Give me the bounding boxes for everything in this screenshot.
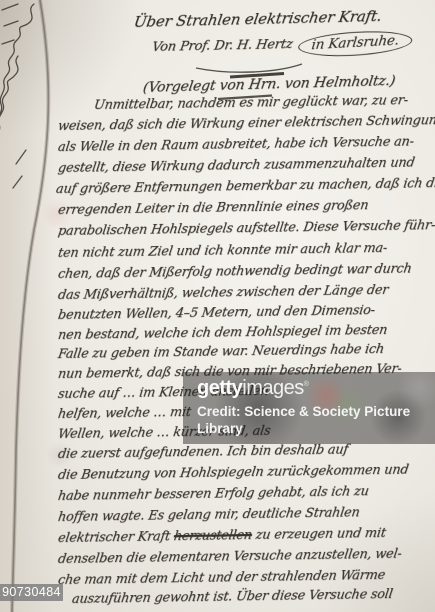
manuscript-line: Falle zu geben im Stande war. Neuerdings… — [57, 342, 385, 362]
struck-word: herzustellen — [173, 528, 253, 544]
author-line: Von Prof. Dr. H. Hertzin Karlsruhe. — [150, 31, 413, 60]
manuscript-line: benutzten Wellen, 4–5 Metern, und den Di… — [57, 303, 376, 323]
manuscript-line: auszuführen gewohnt ist. Über diese Vers… — [71, 587, 394, 607]
manuscript-line: che man mit dem Licht und der strahlende… — [57, 568, 386, 588]
page-fold-line — [12, 0, 48, 612]
manuscript-line: chen, daß der Mißerfolg nothwendig bedin… — [57, 261, 413, 282]
line-fragment: zu erzeugen und mit — [251, 526, 387, 543]
manuscript-line: auf größere Entfernungen bemerkbar zu ma… — [55, 176, 435, 197]
registered-mark-icon: ® — [304, 381, 309, 388]
manuscript-line: die Benutzung von Hohlspiegeln zurückgek… — [57, 463, 410, 483]
title-underline-flourish — [196, 64, 302, 72]
getty-watermark-bar: gettyimages® Credit: Science & Society P… — [183, 372, 435, 444]
watermark-credit-line1: Credit: Science & Society Picture — [197, 403, 410, 420]
logo-images-text: images — [242, 377, 303, 399]
page-fold-line — [12, 0, 48, 612]
manuscript-line: helfen, welche … mit — [57, 405, 192, 422]
manuscript-line: als Welle in den Raum ausbreitet, habe i… — [57, 134, 415, 155]
logo-getty-text: getty — [197, 377, 242, 399]
manuscript-line: die zuerst aufgefundenen. Ich bin deshal… — [57, 442, 349, 462]
getty-images-logo: gettyimages® — [197, 377, 308, 400]
manuscript-line: ten nicht zum Ziel und ich konnte mir au… — [57, 241, 388, 261]
manuscript-line: elektrischer Kraft herzustellen zu erzeu… — [57, 526, 387, 546]
image-id-badge: 90730484 — [0, 584, 63, 601]
manuscript-line: das Mißverhältniß, welches zwischen der … — [57, 283, 389, 303]
manuscript-line: hoffen wagte. Es gelang mir, deutliche S… — [57, 505, 361, 525]
manuscript-line: habe nunmehr besseren Erfolg gehabt, als… — [57, 484, 370, 504]
margin-note-handwriting — [0, 4, 34, 188]
manuscript-line: nen bestand, welche ich dem Hohlspiegel … — [57, 323, 388, 343]
manuscript-line: erregenden Leiter in die Brennlinie eine… — [57, 198, 369, 218]
manuscript-line: gestellt, diese Wirkung dadurch zusammen… — [57, 155, 416, 176]
author-line-text: Von Prof. Dr. H. Hertz — [151, 37, 294, 55]
watermark-credit-line2: Library — [197, 420, 243, 437]
line-fragment: elektrischer Kraft — [57, 529, 175, 546]
manuscript-line: Unmittelbar, nachdem es mir geglückt war… — [93, 93, 409, 113]
manuscript-title: Über Strahlen elektrischer Kraft. — [133, 7, 383, 31]
presentation-line: (Vorgelegt von Hrn. von Helmholtz.) — [142, 73, 396, 96]
manuscript-photo: Über Strahlen elektrischer Kraft. Von Pr… — [0, 0, 435, 612]
circled-location: in Karlsruhe. — [297, 29, 413, 59]
manuscript-line: denselben die elementaren Versuche anzus… — [57, 547, 403, 567]
manuscript-line: parabolischen Hohlspiegels aufstellte. D… — [57, 218, 435, 239]
manuscript-line: weisen, daß sich die Wirkung einer elekt… — [57, 113, 435, 134]
